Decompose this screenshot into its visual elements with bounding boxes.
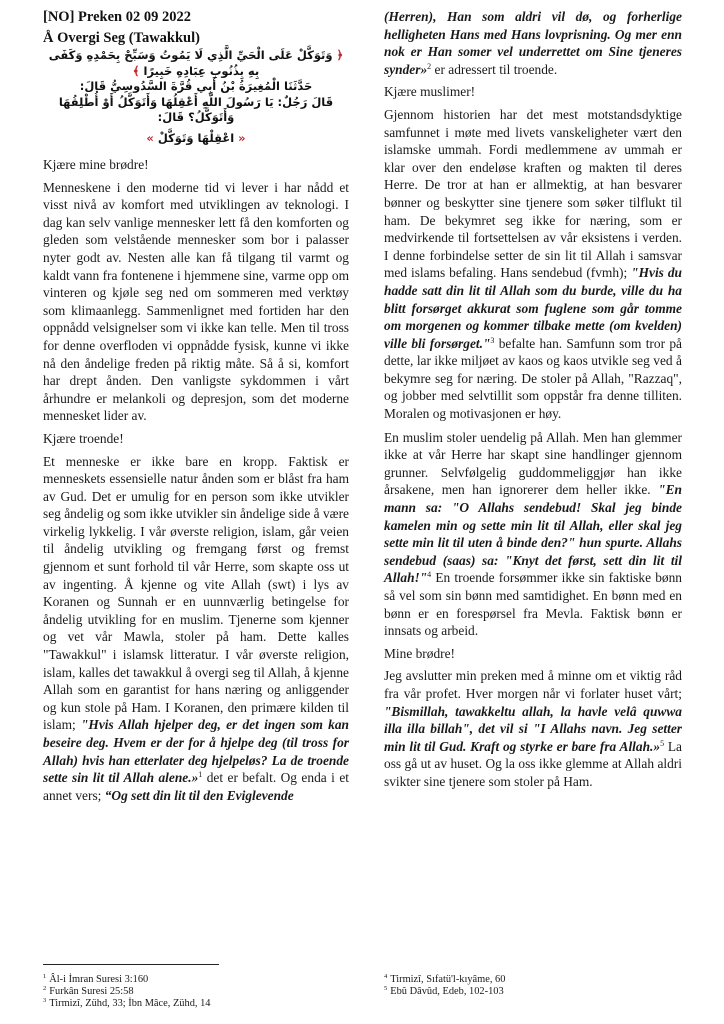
guillemet-open: « [238, 131, 245, 145]
greeting-muslims: Kjære muslimer! [384, 83, 682, 101]
footnote-3: 3Tirmizî, Zühd, 33; İbn Mâce, Zühd, 14 [43, 998, 343, 1010]
footnote-5: 5Ebû Dâvûd, Edeb, 102-103 [384, 986, 684, 998]
dua-quote-bismillah: "Bismillah, tawakkeltu allah, la havle v… [384, 704, 682, 754]
greeting-brothers: Kjære mine brødre! [43, 156, 349, 174]
left-column: [NO] Preken 02 09 2022 Å Overgi Seg (Taw… [43, 8, 349, 804]
document-title: [NO] Preken 02 09 2022 [43, 8, 349, 27]
right-column: (Herren), Han som aldri vil dø, og forhe… [384, 8, 682, 791]
paragraph-tawakkul-continued: (Herren), Han som aldri vil dø, og forhe… [384, 8, 682, 78]
paragraph-ummah-resilience: Gjennom historien har det mest motstands… [384, 106, 682, 423]
ornate-bracket-open: ﴿ [337, 48, 344, 62]
arabic-verse-text: وَتَوَكَّلْ عَلَى الْحَيِّ الَّذِي لَا ي… [49, 48, 333, 78]
greeting-believers: Kjære troende! [43, 430, 349, 448]
paragraph-means-and-trust: En muslim stoler uendelig på Allah. Men … [384, 429, 682, 640]
footnote-1: 1Âl-i İmran Suresi 3:160 [43, 974, 343, 986]
paragraph-text: Jeg avslutter min preken med å minne om … [384, 668, 682, 701]
arabic-hadith-answer: اعْقِلْهَا وَتَوَكَّلْ [158, 131, 234, 145]
paragraph-tawakkul: Et menneske er ikke bare en kropp. Fakti… [43, 453, 349, 805]
paragraph-closing-advice: Jeg avslutter min preken med å minne om … [384, 667, 682, 790]
footnotes-left: 1Âl-i İmran Suresi 3:160 2Furkân Suresi … [43, 974, 343, 1010]
footnote-number: 4 [384, 973, 387, 980]
ornate-bracket-close: ﴾ [133, 64, 140, 78]
paragraph-text: Et menneske er ikke bare en kropp. Fakti… [43, 454, 349, 733]
footnote-separator [43, 964, 219, 965]
arabic-hadith-chain: حَدَّثَنَا الْمُغِيرَةُ بْنُ أَبِي قُرَّ… [43, 79, 349, 95]
footnote-text: Tirmizî, Zühd, 33; İbn Mâce, Zühd, 14 [49, 998, 210, 1009]
paragraph-text: En muslim stoler uendelig på Allah. Men … [384, 430, 682, 498]
sermon-subtitle: Å Overgi Seg (Tawakkul) [43, 29, 349, 48]
quran-quote-25-58-start: “Og sett din lit til den Eviglevende [105, 788, 294, 803]
footnote-text: Âl-i İmran Suresi 3:160 [49, 974, 148, 985]
footnote-number: 1 [43, 973, 46, 980]
greeting-my-brothers: Mine brødre! [384, 645, 682, 663]
arabic-verse: ﴿ وَتَوَكَّلْ عَلَى الْحَيِّ الَّذِي لَا… [43, 48, 349, 79]
footnote-text: Tirmizî, Sıfatü'l-kıyâme, 60 [390, 974, 505, 985]
arabic-quotations: ﴿ وَتَوَكَّلْ عَلَى الْحَيِّ الَّذِي لَا… [43, 48, 349, 146]
footnote-2: 2Furkân Suresi 25:58 [43, 986, 343, 998]
paragraph-text: Gjennom historien har det mest motstands… [384, 107, 682, 280]
arabic-hadith-answer-line: « اعْقِلْهَا وَتَوَكَّلْ » [43, 131, 349, 147]
paragraph-text: En troende forsømmer ikke sin faktiske b… [384, 570, 682, 638]
paragraph-text: er adressert til troende. [431, 62, 557, 77]
footnote-number: 5 [384, 985, 387, 992]
footnotes-right: 4Tirmizî, Sıfatü'l-kıyâme, 60 5Ebû Dâvûd… [384, 974, 684, 998]
arabic-hadith-question: قَالَ رَجُلٌ: يَا رَسُولَ اللَّهِ أَعْقِ… [43, 95, 349, 126]
guillemet-close: » [146, 131, 153, 145]
footnote-text: Furkân Suresi 25:58 [49, 986, 133, 997]
footnote-text: Ebû Dâvûd, Edeb, 102-103 [390, 986, 503, 997]
footnote-number: 2 [43, 985, 46, 992]
paragraph-modern-comfort: Menneskene i den moderne tid vi lever i … [43, 179, 349, 425]
document-page: [NO] Preken 02 09 2022 Å Overgi Seg (Taw… [0, 0, 724, 1024]
footnote-4: 4Tirmizî, Sıfatü'l-kıyâme, 60 [384, 974, 684, 986]
footnote-number: 3 [43, 997, 46, 1004]
